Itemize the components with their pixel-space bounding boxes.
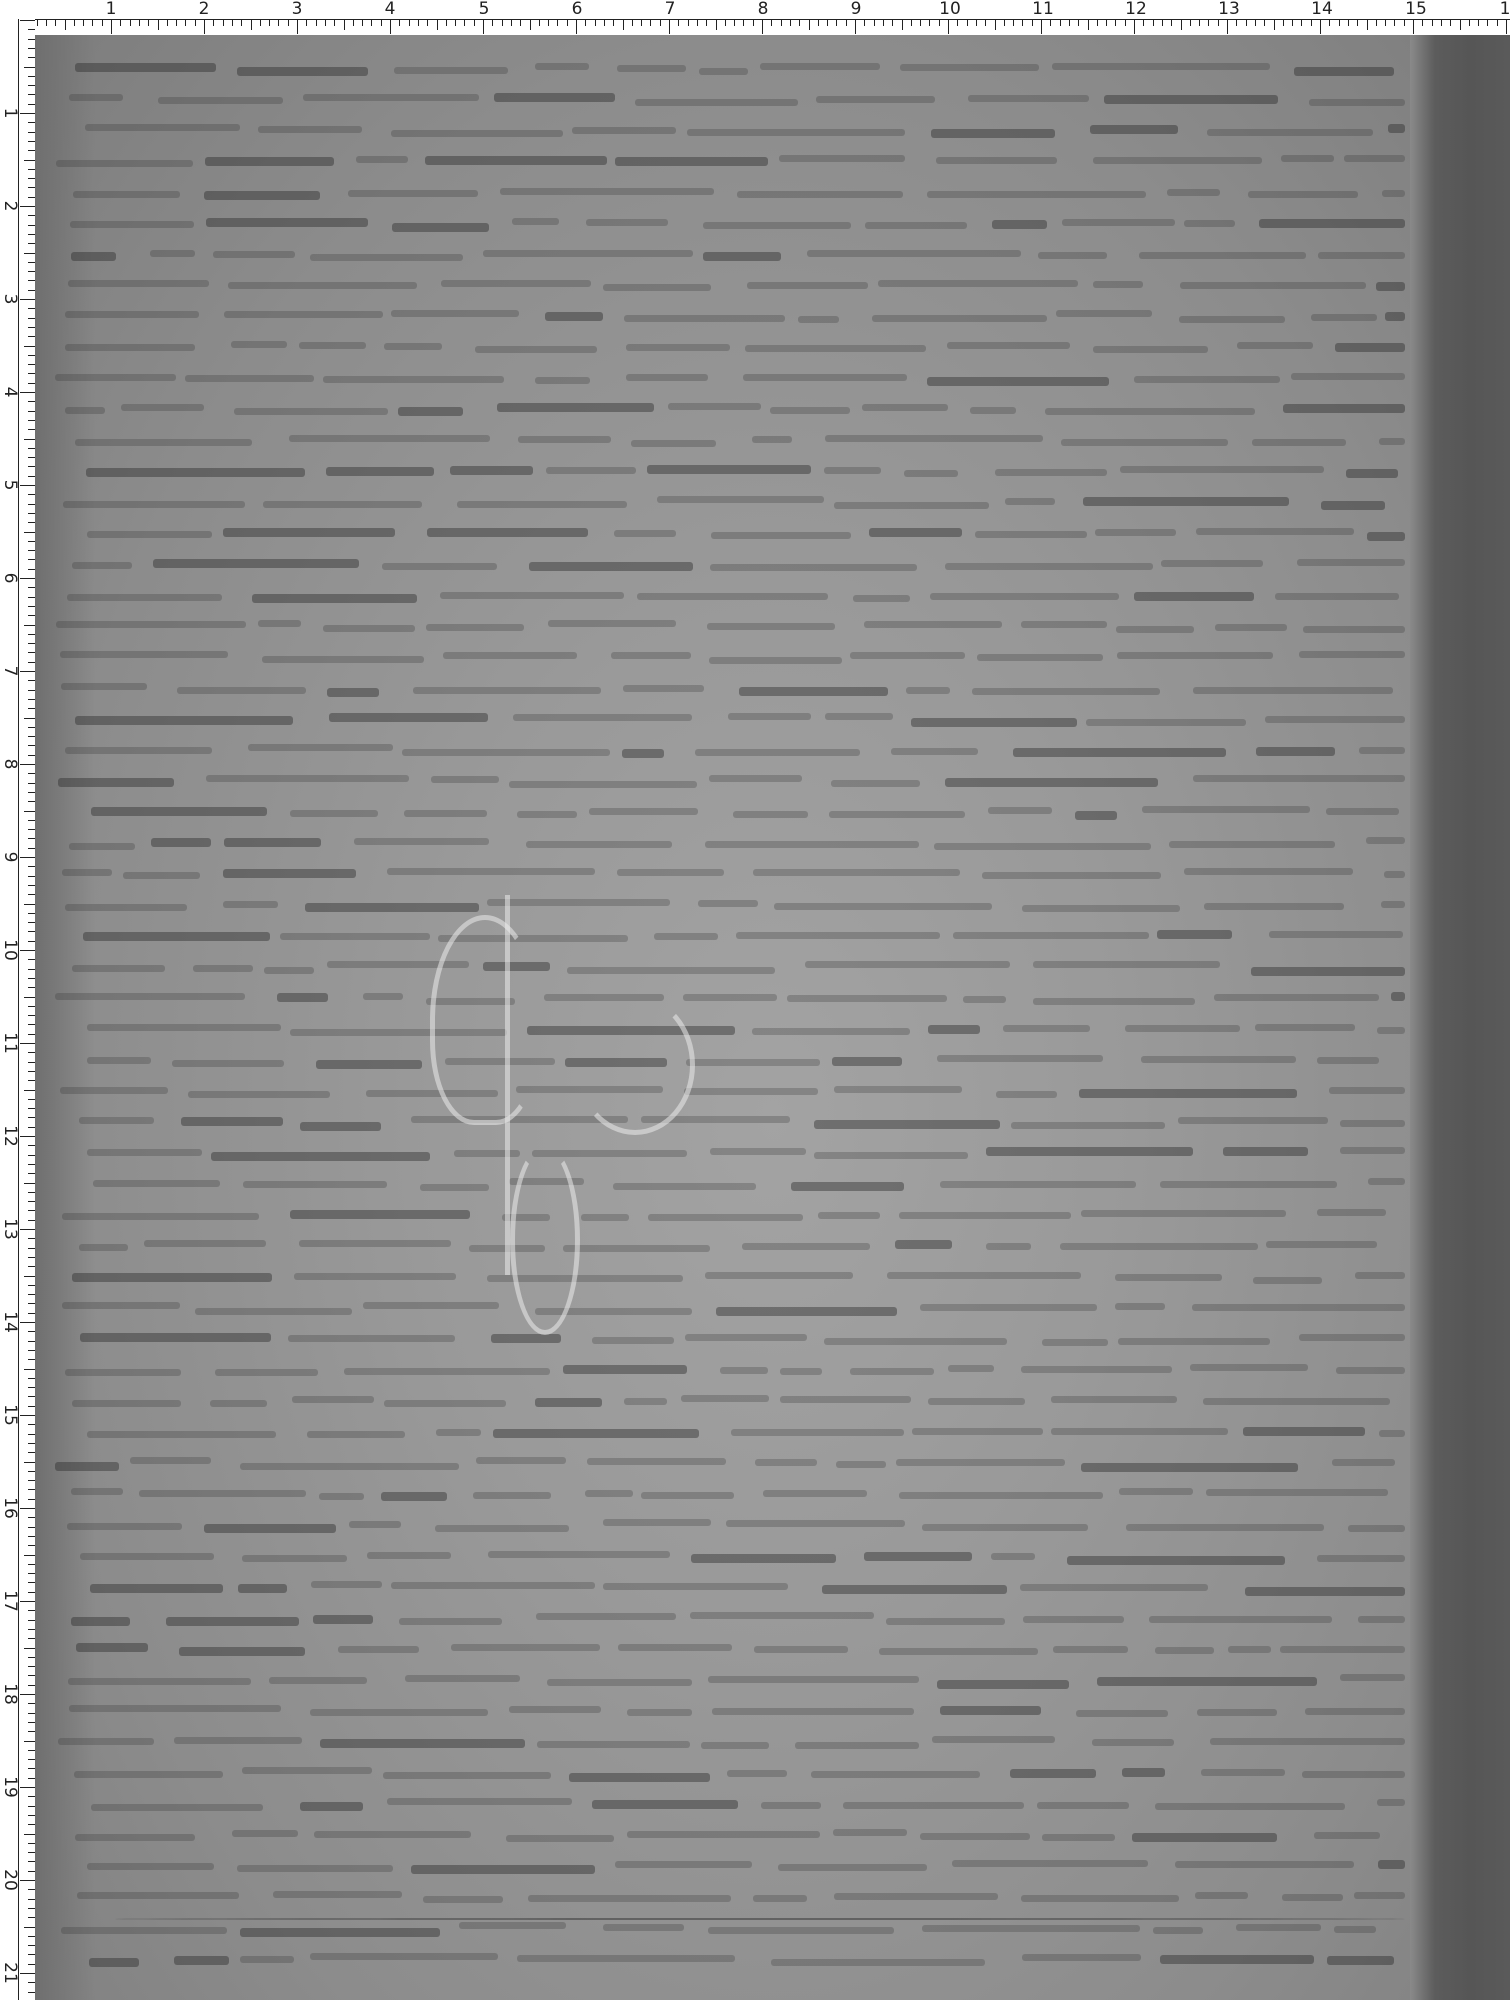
left-ruler-tick	[28, 652, 35, 653]
faded-text-stroke	[982, 872, 1161, 879]
left-ruler-tick	[28, 1861, 35, 1862]
faded-text-stroke	[684, 1088, 818, 1095]
faded-text-stroke	[181, 1117, 283, 1126]
top-ruler-tick	[520, 19, 521, 26]
faded-text-stroke	[731, 1429, 904, 1436]
faded-text-stroke	[71, 252, 117, 261]
faded-text-stroke	[487, 899, 670, 906]
left-ruler-tick	[28, 364, 35, 365]
faded-text-stroke	[774, 903, 991, 910]
faded-text-stroke	[65, 311, 199, 318]
faded-text-stroke	[436, 1429, 481, 1436]
faded-text-stroke	[753, 1895, 807, 1902]
faded-text-stroke	[506, 1835, 614, 1842]
left-ruler-tick	[28, 773, 35, 774]
faded-text-stroke	[1355, 1272, 1405, 1279]
left-ruler-tick	[28, 187, 35, 188]
left-ruler-label: 9	[0, 845, 20, 869]
faded-text-stroke	[1160, 1181, 1336, 1188]
left-ruler-tick	[28, 197, 35, 198]
faded-text-stroke	[686, 1059, 820, 1066]
top-ruler-tick	[762, 19, 763, 34]
faded-text-stroke	[223, 869, 356, 878]
faded-text-stroke	[1391, 992, 1405, 1001]
faded-text-stroke	[977, 654, 1103, 661]
faded-text-stroke	[193, 965, 253, 972]
faded-text-stroke	[1042, 1834, 1115, 1841]
left-ruler-tick	[28, 1908, 35, 1909]
faded-text-stroke	[953, 932, 1149, 939]
top-ruler-tick	[316, 19, 317, 26]
faded-text-stroke	[1193, 775, 1405, 782]
faded-text-stroke	[1329, 1087, 1405, 1094]
left-ruler-tick	[28, 783, 35, 784]
faded-text-stroke	[457, 501, 627, 508]
top-ruler-tick	[613, 19, 614, 26]
top-ruler-tick	[892, 19, 893, 26]
faded-text-stroke	[451, 1644, 600, 1651]
left-ruler-tick	[28, 1192, 35, 1193]
faded-text-stroke	[402, 749, 611, 756]
faded-text-stroke	[742, 1243, 870, 1250]
faded-text-stroke	[1141, 1056, 1297, 1063]
left-ruler-tick	[28, 1424, 35, 1425]
left-ruler-tick	[20, 671, 35, 672]
left-ruler-tick	[28, 792, 35, 793]
left-ruler-tick	[24, 160, 35, 161]
top-ruler-tick	[130, 19, 131, 26]
left-ruler-tick	[28, 104, 35, 105]
left-ruler-tick	[28, 1992, 35, 1993]
faded-text-stroke	[778, 1864, 928, 1871]
faded-text-stroke	[305, 903, 479, 912]
left-ruler-tick	[28, 85, 35, 86]
left-ruler-tick	[28, 1796, 35, 1797]
faded-text-stroke	[937, 1055, 1103, 1062]
top-ruler-label: 3	[292, 0, 303, 19]
faded-text-stroke	[488, 1551, 670, 1558]
faded-text-stroke	[310, 254, 463, 261]
left-ruler-tick	[28, 699, 35, 700]
faded-text-stroke	[1003, 1025, 1090, 1032]
faded-text-stroke	[299, 1240, 451, 1247]
faded-text-stroke	[1155, 1647, 1214, 1654]
faded-text-stroke	[150, 250, 195, 257]
faded-text-stroke	[56, 160, 193, 167]
faded-text-stroke	[258, 126, 362, 133]
faded-text-stroke	[491, 1334, 560, 1343]
faded-text-stroke	[87, 531, 212, 538]
faded-text-stroke	[90, 1584, 222, 1593]
left-ruler-label: 12	[0, 1124, 20, 1148]
top-ruler-tick	[213, 19, 214, 26]
faded-text-stroke	[1336, 1367, 1405, 1374]
faded-text-stroke	[891, 748, 978, 755]
faded-text-stroke	[326, 467, 434, 476]
left-ruler-tick	[20, 950, 35, 951]
left-ruler-tick	[24, 1369, 35, 1370]
left-ruler-tick	[20, 1508, 35, 1509]
left-ruler-tick	[28, 569, 35, 570]
faded-text-stroke	[1251, 967, 1405, 976]
faded-text-stroke	[382, 563, 496, 570]
faded-text-stroke	[988, 807, 1052, 814]
top-ruler-label: 12	[1125, 0, 1147, 19]
faded-text-stroke	[476, 1457, 566, 1464]
faded-text-stroke	[779, 155, 905, 162]
faded-text-stroke	[512, 218, 558, 225]
faded-text-stroke	[423, 1896, 504, 1903]
faded-text-stroke	[712, 1708, 914, 1715]
faded-text-stroke	[311, 1581, 382, 1588]
left-ruler-tick	[28, 1768, 35, 1769]
faded-text-stroke	[637, 593, 828, 600]
top-ruler-tick	[464, 19, 465, 26]
top-ruler-tick	[557, 19, 558, 26]
faded-text-stroke	[166, 1617, 299, 1626]
faded-text-stroke	[450, 466, 534, 475]
faded-text-stroke	[1243, 1427, 1365, 1436]
top-ruler-label: 8	[758, 0, 769, 19]
faded-text-stroke	[1149, 1616, 1332, 1623]
top-ruler-tick	[455, 19, 456, 26]
top-ruler-tick	[678, 19, 679, 26]
faded-text-stroke	[1348, 1525, 1405, 1532]
left-ruler-tick	[28, 1545, 35, 1546]
top-ruler-tick	[1032, 19, 1033, 26]
faded-text-stroke	[300, 1122, 381, 1131]
faded-text-stroke	[1093, 281, 1142, 288]
faded-text-stroke	[1318, 252, 1405, 259]
faded-text-stroke	[1021, 621, 1107, 628]
faded-text-stroke	[65, 904, 187, 911]
left-ruler-tick	[28, 1489, 35, 1490]
faded-text-stroke	[716, 1307, 897, 1316]
faded-text-stroke	[344, 1368, 550, 1375]
faded-text-stroke	[589, 808, 698, 815]
faded-text-stroke	[865, 222, 967, 229]
faded-text-stroke	[614, 530, 676, 537]
faded-text-stroke	[708, 1676, 919, 1683]
faded-text-stroke	[1297, 559, 1405, 566]
faded-text-stroke	[708, 1927, 894, 1934]
faded-text-stroke	[922, 1925, 1140, 1932]
faded-text-stroke	[626, 344, 730, 351]
top-ruler-tick	[595, 19, 596, 26]
faded-text-stroke	[834, 1086, 962, 1093]
faded-text-stroke	[1317, 1057, 1379, 1064]
left-ruler-tick	[28, 838, 35, 839]
faded-text-stroke	[824, 467, 881, 474]
top-ruler-tick	[334, 19, 335, 26]
faded-text-stroke	[367, 1552, 451, 1559]
faded-text-stroke	[210, 1400, 267, 1407]
left-ruler-tick	[28, 178, 35, 179]
faded-text-stroke	[834, 502, 989, 509]
faded-text-stroke	[494, 93, 615, 102]
faded-text-stroke	[850, 1368, 934, 1375]
left-ruler-tick	[28, 327, 35, 328]
top-ruler-tick	[1348, 19, 1349, 26]
faded-text-stroke	[310, 1953, 498, 1960]
faded-text-stroke	[69, 94, 123, 101]
left-ruler-label: 16	[0, 1496, 20, 1520]
left-ruler-tick	[28, 1443, 35, 1444]
top-ruler-label: 5	[479, 0, 490, 19]
faded-text-stroke	[68, 280, 208, 287]
faded-text-stroke	[62, 1302, 180, 1309]
top-ruler-tick	[1283, 19, 1284, 26]
left-ruler-tick	[28, 597, 35, 598]
faded-text-stroke	[1060, 1243, 1257, 1250]
faded-text-stroke	[928, 1398, 1026, 1405]
faded-text-stroke	[1184, 868, 1353, 875]
faded-text-stroke	[80, 1333, 271, 1342]
left-ruler-tick	[28, 1117, 35, 1118]
faded-text-stroke	[262, 656, 424, 663]
faded-text-stroke	[493, 1429, 699, 1438]
faded-text-stroke	[349, 1521, 401, 1528]
top-ruler-tick	[567, 19, 568, 26]
faded-text-stroke	[711, 532, 851, 539]
left-ruler-tick	[28, 1899, 35, 1900]
faded-text-stroke	[1118, 1338, 1270, 1345]
faded-text-stroke	[922, 1524, 1088, 1531]
left-ruler-tick	[28, 1954, 35, 1955]
top-ruler-tick	[753, 19, 754, 26]
top-ruler-tick	[437, 19, 438, 30]
faded-text-stroke	[454, 1150, 520, 1157]
faded-text-stroke	[624, 315, 785, 322]
top-ruler-label: 6	[572, 0, 583, 19]
faded-text-stroke	[1294, 67, 1393, 76]
top-ruler-tick	[195, 19, 196, 26]
faded-text-stroke	[657, 496, 824, 503]
faded-text-stroke	[1275, 593, 1400, 600]
faded-text-stroke	[1075, 811, 1117, 820]
top-ruler-tick	[548, 19, 549, 26]
faded-text-stroke	[58, 1738, 155, 1745]
left-ruler-tick	[28, 1843, 35, 1844]
faded-text-stroke	[1010, 1769, 1097, 1778]
top-ruler-tick	[799, 19, 800, 26]
faded-text-stroke	[911, 718, 1076, 727]
faded-text-stroke	[683, 994, 777, 1001]
faded-text-stroke	[931, 129, 1055, 138]
faded-text-stroke	[431, 776, 499, 783]
faded-text-stroke	[603, 1519, 711, 1526]
faded-text-stroke	[975, 531, 1087, 538]
left-ruler-tick	[28, 1359, 35, 1360]
left-ruler-tick	[28, 1815, 35, 1816]
faded-text-stroke	[592, 1337, 674, 1344]
left-ruler-tick	[28, 1452, 35, 1453]
faded-text-stroke	[1092, 1739, 1175, 1746]
left-ruler-tick	[28, 755, 35, 756]
top-ruler-tick	[1171, 19, 1172, 26]
left-ruler-tick	[28, 1164, 35, 1165]
faded-text-stroke	[912, 1428, 1043, 1435]
faded-text-stroke	[79, 1244, 128, 1251]
left-ruler-tick	[28, 1294, 35, 1295]
faded-text-stroke	[518, 436, 611, 443]
faded-text-stroke	[123, 872, 200, 879]
faded-text-stroke	[736, 932, 941, 939]
faded-text-stroke	[232, 1830, 298, 1837]
faded-text-stroke	[1378, 1860, 1405, 1869]
faded-text-stroke	[1053, 1646, 1128, 1653]
faded-text-stroke	[174, 1737, 302, 1744]
top-ruler-tick	[576, 19, 577, 34]
faded-text-stroke	[986, 1243, 1031, 1250]
left-ruler-label: 14	[0, 1310, 20, 1334]
faded-text-stroke	[394, 67, 508, 74]
faded-text-stroke	[1067, 1556, 1284, 1565]
faded-text-stroke	[310, 1709, 488, 1716]
faded-text-stroke	[60, 1087, 168, 1094]
faded-text-stroke	[572, 127, 677, 134]
left-ruler-tick	[20, 1136, 35, 1137]
faded-text-stroke	[615, 1861, 751, 1868]
faded-text-stroke	[72, 1400, 181, 1407]
faded-text-stroke	[928, 1025, 980, 1034]
faded-text-stroke	[206, 775, 409, 782]
top-ruler-tick	[1069, 19, 1070, 26]
left-ruler-tick	[20, 1043, 35, 1044]
faded-text-stroke	[60, 651, 228, 658]
faded-text-stroke	[58, 778, 173, 787]
left-ruler-tick	[28, 885, 35, 886]
faded-text-stroke	[687, 129, 905, 136]
faded-text-stroke	[1132, 1833, 1277, 1842]
faded-text-stroke	[204, 1524, 335, 1533]
top-ruler-tick	[167, 19, 168, 26]
faded-text-stroke	[1190, 1364, 1308, 1371]
faded-text-stroke	[509, 1706, 601, 1713]
faded-text-stroke	[535, 1398, 602, 1407]
left-ruler-tick	[24, 1555, 35, 1556]
faded-text-stroke	[483, 250, 693, 257]
faded-text-stroke	[986, 1147, 1193, 1156]
faded-text-stroke	[323, 625, 416, 632]
faded-text-stroke	[153, 559, 359, 568]
top-ruler-tick	[1227, 19, 1228, 34]
top-ruler-tick	[1320, 19, 1321, 34]
faded-text-stroke	[791, 1182, 905, 1191]
left-ruler-tick	[28, 1099, 35, 1100]
left-ruler-tick	[28, 1713, 35, 1714]
faded-text-stroke	[248, 744, 393, 751]
faded-text-stroke	[1115, 1303, 1165, 1310]
faded-text-stroke	[1311, 314, 1377, 321]
top-ruler-tick	[1060, 19, 1061, 26]
faded-text-stroke	[288, 1335, 455, 1342]
top-ruler-tick	[37, 19, 38, 26]
top-ruler-label: 7	[665, 0, 676, 19]
left-ruler-tick	[28, 1657, 35, 1658]
top-ruler-tick	[1004, 19, 1005, 26]
faded-text-stroke	[459, 1922, 567, 1929]
faded-text-stroke	[1309, 99, 1405, 106]
faded-text-stroke	[87, 1024, 282, 1031]
faded-text-stroke	[238, 1584, 287, 1593]
faded-text-stroke	[426, 624, 523, 631]
faded-text-stroke	[1291, 373, 1405, 380]
faded-text-stroke	[139, 1490, 306, 1497]
faded-text-stroke	[263, 501, 421, 508]
faded-text-stroke	[886, 1618, 1005, 1625]
left-ruler-tick	[28, 1964, 35, 1965]
faded-text-stroke	[1201, 1769, 1285, 1776]
faded-text-stroke	[392, 223, 489, 232]
faded-text-stroke	[547, 1679, 692, 1686]
faded-text-stroke	[72, 965, 165, 972]
left-ruler-label: 5	[0, 473, 20, 497]
faded-text-stroke	[1095, 529, 1176, 536]
faded-text-stroke	[240, 1956, 294, 1963]
left-ruler-tick	[28, 1220, 35, 1221]
left-ruler-tick	[24, 1090, 35, 1091]
left-ruler-tick	[28, 1406, 35, 1407]
top-ruler-tick	[288, 19, 289, 26]
faded-text-stroke	[1266, 1241, 1377, 1248]
faded-text-stroke	[300, 1802, 363, 1811]
left-ruler-tick	[28, 1824, 35, 1825]
top-ruler-tick	[492, 19, 493, 26]
faded-text-stroke	[1385, 312, 1405, 321]
left-ruler-tick	[20, 1973, 35, 1974]
faded-text-stroke	[1215, 624, 1287, 631]
faded-text-stroke	[234, 408, 388, 415]
left-ruler-tick	[28, 987, 35, 988]
top-ruler-tick	[734, 19, 735, 26]
faded-text-stroke	[770, 407, 851, 414]
left-ruler-tick	[28, 336, 35, 337]
left-ruler-tick	[20, 578, 35, 579]
faded-text-stroke	[1210, 1738, 1405, 1745]
faded-text-stroke	[548, 620, 676, 627]
left-ruler-tick	[28, 76, 35, 77]
left-ruler-tick	[24, 1927, 35, 1928]
faded-text-stroke	[896, 1459, 1066, 1466]
top-ruler-tick	[74, 19, 75, 26]
left-ruler-tick	[28, 662, 35, 663]
faded-text-stroke	[1282, 1894, 1343, 1901]
left-ruler-tick	[28, 39, 35, 40]
faded-text-stroke	[1134, 592, 1254, 601]
faded-text-stroke	[1214, 994, 1379, 1001]
left-ruler-tick	[28, 1610, 35, 1611]
top-ruler-tick	[1301, 19, 1302, 26]
faded-text-stroke	[613, 1183, 757, 1190]
faded-text-stroke	[517, 811, 577, 818]
left-ruler-tick	[28, 1201, 35, 1202]
left-ruler-tick	[28, 1341, 35, 1342]
left-ruler-tick	[28, 420, 35, 421]
faded-text-stroke	[991, 1553, 1035, 1560]
faded-text-stroke	[787, 995, 947, 1002]
top-ruler-tick	[1022, 19, 1023, 26]
faded-text-stroke	[1155, 1803, 1346, 1810]
faded-text-stroke	[63, 501, 245, 508]
faded-text-stroke	[1086, 719, 1246, 726]
left-ruler-tick	[28, 466, 35, 467]
left-ruler-tick	[28, 559, 35, 560]
faded-text-stroke	[269, 1677, 367, 1684]
faded-text-stroke	[1020, 1584, 1208, 1591]
faded-text-stroke	[258, 620, 301, 627]
faded-text-stroke	[710, 564, 917, 571]
